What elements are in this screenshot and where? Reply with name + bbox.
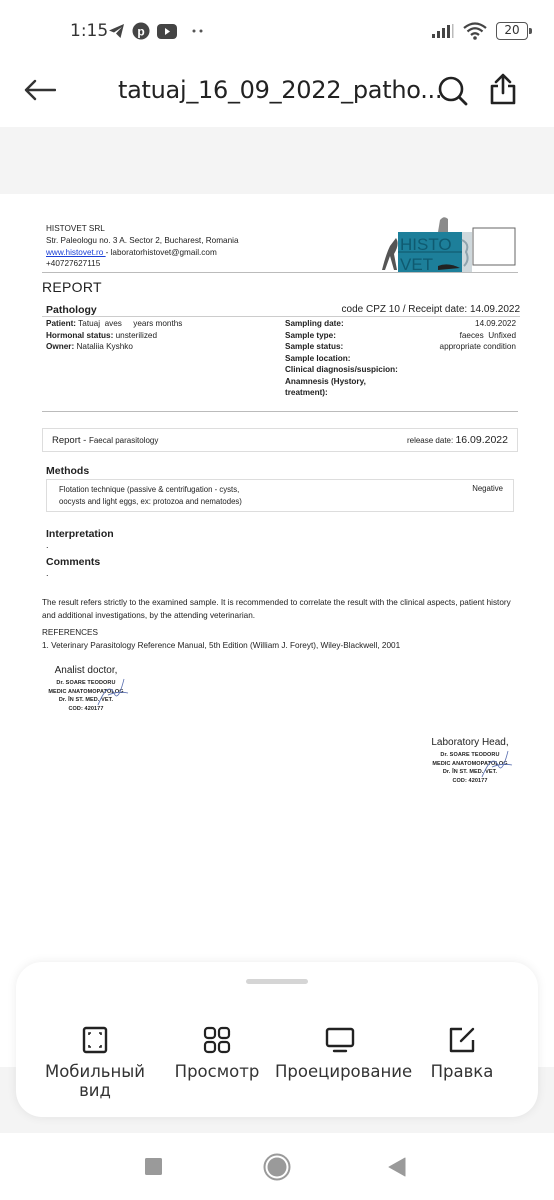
mobile-view-label: Мобильный вид — [30, 1062, 160, 1100]
viewer-background-top — [0, 127, 554, 194]
company-website-link[interactable]: www.histovet.ro — [46, 248, 106, 257]
signature-scribble-icon — [478, 747, 518, 783]
report-prefix: Report - — [52, 435, 89, 446]
code-receipt-date: code CPZ 10 / Receipt date: 14.09.2022 — [342, 304, 520, 315]
share-button[interactable] — [488, 72, 522, 108]
sampling-date-value: 14.09.2022 — [475, 318, 516, 330]
reference-item: 1. Veterinary Parasitology Reference Man… — [42, 640, 400, 653]
logo-text-vet: VET — [400, 255, 433, 272]
histovet-logo: HISTO VET — [378, 210, 518, 272]
signal-icon — [432, 24, 454, 38]
methods-heading: Methods — [46, 465, 89, 477]
release-date: 16.09.2022 — [455, 434, 508, 446]
sample-type-value: faeces Unfixed — [460, 330, 516, 342]
method-line-2: oocysts and light eggs, ex: protozoa and… — [59, 496, 242, 508]
document-title: tatuaj_16_09_2022_patho... — [118, 76, 442, 104]
sheet-drag-handle[interactable] — [246, 979, 308, 984]
wifi-icon — [463, 22, 487, 40]
method-line-1: Flotation technique (passive & centrifug… — [59, 484, 242, 496]
document-page[interactable]: HISTOVET SRL Str. Paleologu no. 3 A. Sec… — [0, 194, 554, 1067]
svg-text:p: p — [137, 25, 144, 39]
more-dots-icon — [190, 28, 206, 34]
references-heading: REFERENCES — [42, 627, 400, 640]
report-type: Faecal parasitology — [89, 436, 158, 445]
projection-label: Проецирование — [275, 1062, 405, 1081]
app-bar: tatuaj_16_09_2022_patho... — [0, 64, 554, 127]
battery-icon: 20 — [496, 22, 528, 40]
clinical-diagnosis-label: Clinical diagnosis/suspicion: — [285, 364, 398, 376]
sample-type-label: Sample type: — [285, 330, 336, 342]
sample-status-label: Sample status: — [285, 341, 343, 353]
patient-value: Tatuaj aves years months — [78, 319, 182, 328]
back-triangle-icon[interactable] — [388, 1157, 406, 1177]
disclaimer-text: The result refers strictly to the examin… — [42, 597, 522, 622]
signature-laboratory-head: Laboratory Head, Dr. SOARE TEODORU MEDIC… — [420, 737, 520, 785]
comments-value: . — [46, 568, 49, 578]
method-result: Negative — [472, 484, 503, 493]
arrow-left-icon — [24, 79, 56, 101]
search-button[interactable] — [436, 74, 470, 108]
share-icon — [488, 72, 518, 106]
system-icons: 20 — [432, 22, 528, 40]
release-date-label: release date: — [407, 436, 455, 445]
hormonal-value: unsterilized — [116, 331, 157, 340]
system-nav-bar — [0, 1133, 554, 1200]
company-address: Str. Paleologu no. 3 A. Sector 2, Buchar… — [46, 235, 239, 247]
youtube-icon — [157, 24, 177, 39]
patient-label: Patient: — [46, 319, 76, 328]
methods-box: Flotation technique (passive & centrifug… — [46, 479, 514, 512]
bottom-sheet: Мобильный вид Просмотр Проецирование Пра… — [16, 962, 538, 1117]
mobile-view-icon — [82, 1026, 108, 1054]
notification-icons: p — [108, 22, 206, 40]
report-type-box: Report - Faecal parasitology release dat… — [42, 428, 518, 452]
grid-view-icon — [203, 1026, 231, 1054]
edit-icon — [448, 1026, 476, 1054]
signature-scribble-icon — [94, 675, 134, 711]
edit-button[interactable]: Правка — [397, 1026, 527, 1081]
preview-label: Просмотр — [152, 1062, 282, 1081]
interpretation-heading: Interpretation — [46, 528, 114, 540]
search-icon — [436, 74, 470, 108]
recents-square-icon[interactable] — [145, 1158, 163, 1176]
company-phone: +40727627115 — [46, 258, 239, 270]
back-button[interactable] — [22, 74, 58, 106]
comments-heading: Comments — [46, 556, 100, 568]
logo-text-histo: HISTO — [400, 235, 452, 254]
anamnesis-label-line2: treatment): — [285, 387, 328, 399]
anamnesis-label-line1: Anamnesis (Hystory, — [285, 376, 366, 388]
section-title: Pathology — [46, 304, 97, 316]
sample-location-label: Sample location: — [285, 353, 351, 365]
header-divider — [42, 272, 518, 273]
owner-label: Owner: — [46, 342, 74, 351]
sample-status-value: appropriate condition — [440, 341, 516, 353]
info-divider — [42, 411, 518, 412]
hormonal-label: Hormonal status: — [46, 331, 113, 340]
preview-button[interactable]: Просмотр — [152, 1026, 282, 1081]
company-email: - laboratorhistovet@gmail.com — [106, 248, 217, 257]
monitor-icon — [325, 1026, 355, 1054]
company-header: HISTOVET SRL Str. Paleologu no. 3 A. Sec… — [46, 223, 239, 270]
owner-value: Nataliia Kyshko — [77, 342, 133, 351]
edit-label: Правка — [397, 1062, 527, 1081]
mobile-view-button[interactable]: Мобильный вид — [30, 1026, 160, 1100]
pinterest-icon: p — [132, 22, 150, 40]
sampling-date-label: Sampling date: — [285, 318, 344, 330]
pathology-divider — [42, 316, 520, 317]
status-bar: 1:15 p 20 — [0, 0, 554, 64]
patient-info: Patient: Tatuaj aves years months Hormon… — [46, 318, 182, 353]
company-name: HISTOVET SRL — [46, 223, 239, 235]
home-circle-icon[interactable] — [263, 1153, 291, 1181]
signature-analist: Analist doctor, Dr. SOARE TEODORU MEDIC … — [46, 665, 126, 713]
interpretation-value: . — [46, 540, 49, 550]
report-title: REPORT — [42, 279, 102, 295]
status-time: 1:15 — [70, 21, 108, 41]
references: REFERENCES 1. Veterinary Parasitology Re… — [42, 627, 400, 652]
projection-button[interactable]: Проецирование — [275, 1026, 405, 1081]
sample-info: Sampling date:14.09.2022 Sample type:fae… — [285, 318, 516, 399]
telegram-icon — [108, 23, 125, 39]
